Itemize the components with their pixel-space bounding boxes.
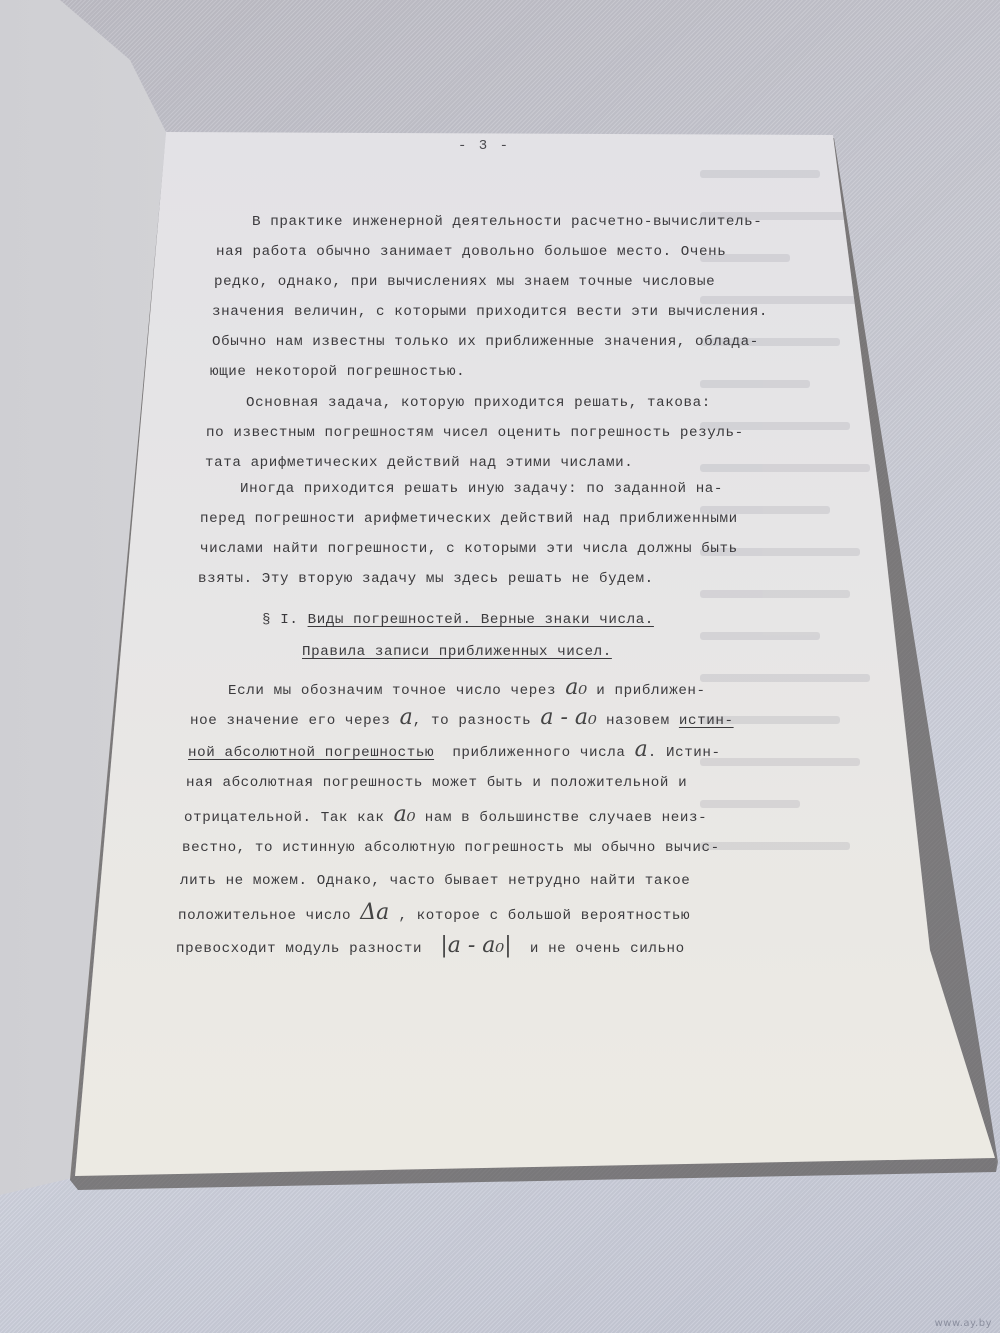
text-line: вестно, то истинную абсолютную погрешнос… xyxy=(182,838,720,858)
math-a: a xyxy=(635,737,648,762)
math-delta-a: Δa xyxy=(360,900,389,925)
math-difference: a - a₀ xyxy=(540,705,596,730)
text-line: ное значение его через a, то разность a … xyxy=(190,708,734,731)
page-text: - 3 - В практике инженерной деятельности… xyxy=(0,0,1000,1333)
watermark: www.ay.by xyxy=(935,1318,992,1329)
text-line: ная абсолютная погрешность может быть и … xyxy=(186,773,687,793)
math-modulus: |a - a₀| xyxy=(440,933,511,958)
term-true-absolute-error: ной абсолютной погрешностью xyxy=(188,745,434,761)
text-line: положительное число Δa , которое с больш… xyxy=(178,903,690,926)
text-line: ющие некоторой погрешностью. xyxy=(210,362,465,382)
text-line: Обычно нам известны только их приближенн… xyxy=(212,332,759,352)
text-line: В практике инженерной деятельности расче… xyxy=(252,212,762,232)
text-line: по известным погрешностям чисел оценить … xyxy=(206,423,744,443)
text-line: лить не можем. Однако, часто бывает нетр… xyxy=(180,871,690,891)
section-symbol: § I. xyxy=(262,612,298,628)
text-line: ной абсолютной погрешностью приближенног… xyxy=(188,740,721,763)
text-line: превосходит модуль разности |a - a₀| и н… xyxy=(176,936,685,959)
text-line: редко, однако, при вычислениях мы знаем … xyxy=(214,272,715,292)
text-line: отрицательной. Так как a₀ нам в большинс… xyxy=(184,805,707,828)
text-line: ная работа обычно занимает довольно боль… xyxy=(216,242,726,262)
math-a0: a₀ xyxy=(565,675,587,700)
section-title: Виды погрешностей. Верные знаки числа. xyxy=(308,612,654,628)
section-heading-line-2: Правила записи приближенных чисел. xyxy=(302,642,612,662)
section-heading-line-1: § I. Виды погрешностей. Верные знаки чис… xyxy=(262,610,654,630)
text-line: тата арифметических действий над этими ч… xyxy=(205,453,633,473)
math-a: a xyxy=(400,705,413,730)
page-number: - 3 - xyxy=(458,138,510,154)
math-a0: a₀ xyxy=(394,802,416,827)
text-line: Если мы обозначим точное число через a₀ … xyxy=(228,678,706,701)
text-line: значения величин, с которыми приходится … xyxy=(212,302,768,322)
text-line: перед погрешности арифметических действи… xyxy=(200,509,738,529)
text-line: Иногда приходится решать иную задачу: по… xyxy=(240,479,723,499)
text-line: взяты. Эту вторую задачу мы здесь решать… xyxy=(198,569,654,589)
text-line: Основная задача, которую приходится реша… xyxy=(246,393,711,413)
text-line: числами найти погрешности, с которыми эт… xyxy=(200,539,738,559)
